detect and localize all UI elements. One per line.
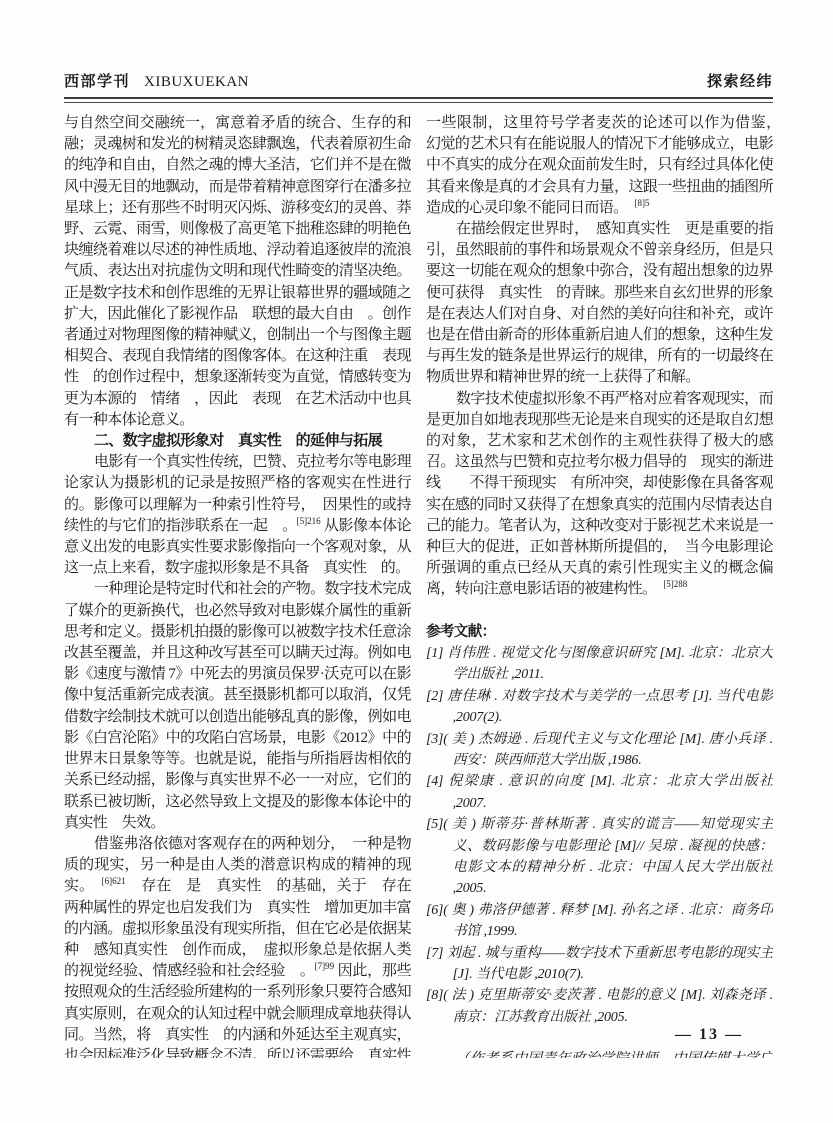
paragraph: 一些限制，这里符号学者麦茨的论述可以作为借鉴， 幻觉的艺术只有在能说服人的情况下…: [426, 113, 773, 219]
section-heading: 二、数字虚拟形象对 真实性 的延伸与拓展: [64, 431, 411, 452]
citation-marker: [8]5: [635, 198, 650, 208]
paragraph: 数字技术使虚拟形象不再严格对应着客观现实，而是更加自如地表现那些无论是来自现实的…: [426, 389, 773, 601]
page-header: 西部学刊XIBUXUEKAN 探索经纬: [64, 70, 773, 97]
paragraph: 一种理论是特定时代和社会的产物。数字技术完成了媒介的更新换代，也必然导致对电影媒…: [64, 579, 411, 833]
reference-item: [4] 倪梁康 . 意识的向度 [M]. 北京：北京大学出版社 ,2007.: [426, 771, 773, 814]
paragraph: 电影有一个真实性传统，巴赞、克拉考尔等电影理论家认为摄影机的记录是按照严格的客观…: [64, 452, 411, 579]
reference-item: [1] 肖伟胜 . 视觉文化与图像意识研究 [M]. 北京：北京大学出版社 ,2…: [426, 643, 773, 686]
page-number: — 13 —: [675, 1026, 743, 1044]
references-heading: 参考文献：: [426, 622, 773, 643]
two-column-body: 与自然空间交融统一，寓意着矛盾的统合、生存的和融；灵魂树和发光的树精灵恣肆飘逸，…: [64, 113, 773, 1058]
citation-marker: [7]99: [315, 961, 335, 971]
paragraph-text: 一些限制，这里符号学者麦茨的论述可以作为借鉴， 幻觉的艺术只有在能说服人的情况下…: [426, 115, 773, 216]
paragraph: 在描绘假定世界时， 感知真实性 更是重要的指引，虽然眼前的事件和场景观众不曾亲身…: [426, 219, 773, 389]
journal-name-pinyin: XIBUXUEKAN: [144, 74, 249, 90]
page-content: 西部学刊XIBUXUEKAN 探索经纬 与自然空间交融统一，寓意着矛盾的统合、生…: [64, 70, 773, 1058]
reference-item: [7] 刘起 . 城与重构——数字技术下重新思考电影的现实主 [J]. 当代电影…: [426, 943, 773, 986]
reference-item: [5]( 美 ) 斯蒂芬·普林斯著 . 真实的谎言——知觉现实主义、数码影像与电…: [426, 814, 773, 900]
paragraph-text: 数字技术使虚拟形象不再严格对应着客观现实，而是更加自如地表现那些无论是来自现实的…: [426, 391, 773, 598]
author-note: （作者系中国青年政治学院讲师，中国传媒大学广播电视艺术学博士、新闻传播学博士后）: [426, 1049, 773, 1058]
right-column: 一些限制，这里符号学者麦茨的论述可以作为借鉴， 幻觉的艺术只有在能说服人的情况下…: [426, 113, 773, 1058]
paragraph: 借鉴弗洛依德对客观存在的两种划分， 一种是物质的现实，另一种是由人类的潜意识构成…: [64, 834, 411, 1058]
reference-item: [6]( 奥 ) 弗洛伊德著 . 释梦 [M]. 孙名之译 . 北京：商务印书馆…: [426, 900, 773, 943]
section-label: 探索经纬: [707, 70, 773, 91]
citation-marker: [6]621: [102, 876, 126, 886]
journal-title-block: 西部学刊XIBUXUEKAN: [64, 70, 249, 91]
reference-item: [3]( 美 ) 杰姆逊 . 后现代主义与文化理论 [M]. 唐小兵译 . 西安…: [426, 729, 773, 772]
header-divider: [64, 97, 773, 103]
reference-item: [2] 唐佳琳 . 对数字技术与美学的一点思考 [J]. 当代电影 ,2007(…: [426, 686, 773, 729]
journal-name: 西部学刊: [64, 74, 130, 90]
left-column: 与自然空间交融统一，寓意着矛盾的统合、生存的和融；灵魂树和发光的树精灵恣肆飘逸，…: [64, 113, 411, 1058]
journal-page: 西部学刊XIBUXUEKAN 探索经纬 与自然空间交融统一，寓意着矛盾的统合、生…: [0, 0, 833, 1123]
reference-item: [8]( 法 ) 克里斯蒂安·麦茨著 . 电影的意义 [M]. 刘森尧译 . 南…: [426, 985, 773, 1028]
paragraph: 与自然空间交融统一，寓意着矛盾的统合、生存的和融；灵魂树和发光的树精灵恣肆飘逸，…: [64, 113, 411, 431]
citation-marker: [5]288: [663, 579, 687, 589]
citation-marker: [5]216: [297, 516, 321, 526]
